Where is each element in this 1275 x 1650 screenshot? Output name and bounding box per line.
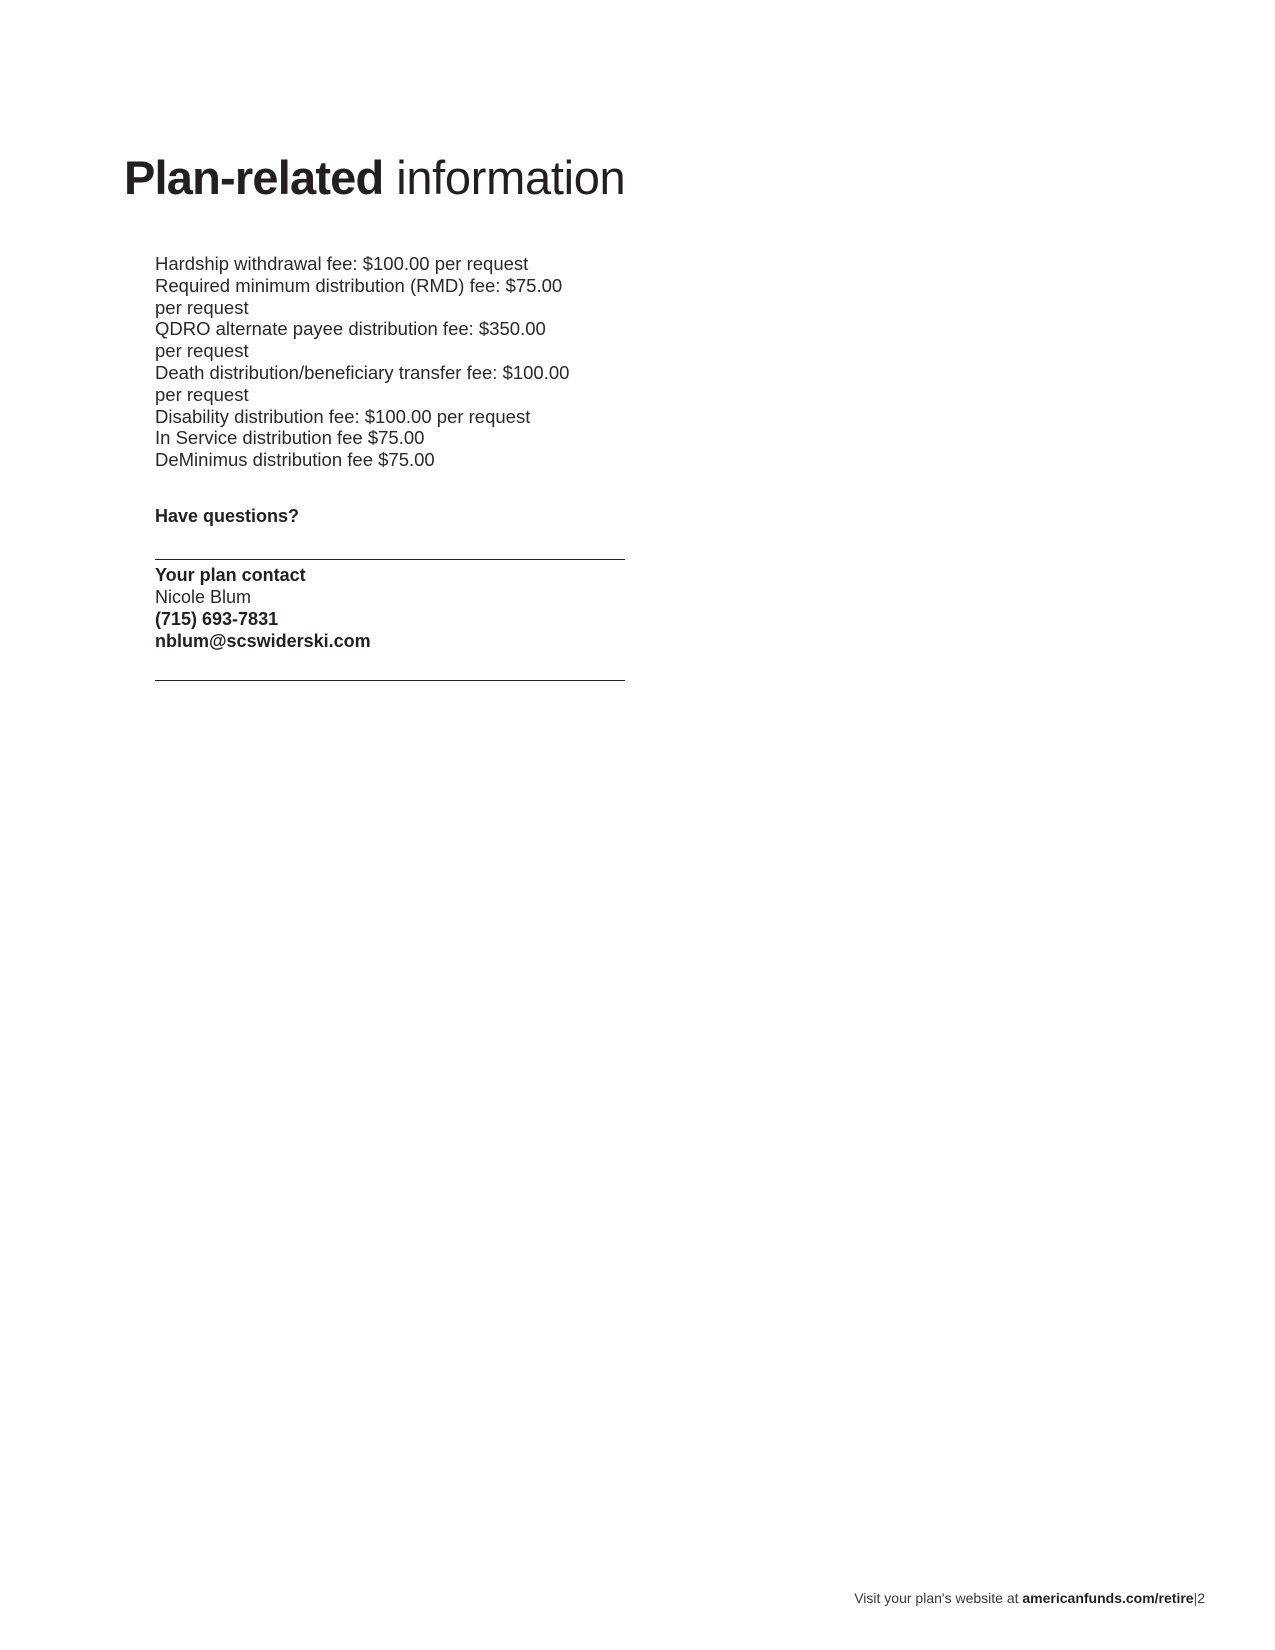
plan-contact: Your plan contact Nicole Blum (715) 693-…	[155, 564, 371, 652]
fee-line: In Service distribution fee $75.00	[155, 427, 625, 449]
fee-line: per request	[155, 340, 625, 362]
page-footer: Visit your plan's website at americanfun…	[854, 1590, 1205, 1606]
fee-line: Death distribution/beneficiary transfer …	[155, 362, 625, 384]
footer-text: Visit your plan's website at	[854, 1590, 1022, 1606]
contact-label: Your plan contact	[155, 564, 371, 586]
fee-line: Required minimum distribution (RMD) fee:…	[155, 275, 625, 297]
fee-line: per request	[155, 384, 625, 406]
divider-bottom	[155, 680, 625, 681]
footer-website-link[interactable]: americanfunds.com/retire	[1022, 1590, 1193, 1606]
contact-email[interactable]: nblum@scswiderski.com	[155, 630, 371, 652]
contact-name: Nicole Blum	[155, 586, 371, 608]
page-title: Plan-related information	[124, 150, 625, 205]
fee-line: Hardship withdrawal fee: $100.00 per req…	[155, 253, 625, 275]
fee-line: per request	[155, 297, 625, 319]
questions-heading: Have questions?	[155, 506, 299, 527]
fee-list: Hardship withdrawal fee: $100.00 per req…	[155, 253, 625, 471]
contact-phone[interactable]: (715) 693-7831	[155, 608, 371, 630]
fee-line: Disability distribution fee: $100.00 per…	[155, 406, 625, 428]
fee-line: QDRO alternate payee distribution fee: $…	[155, 318, 625, 340]
page-title-regular: information	[383, 151, 625, 204]
divider-top	[155, 559, 625, 560]
page-number: 2	[1197, 1590, 1205, 1606]
page-title-bold: Plan-related	[124, 151, 383, 204]
fee-line: DeMinimus distribution fee $75.00	[155, 449, 625, 471]
